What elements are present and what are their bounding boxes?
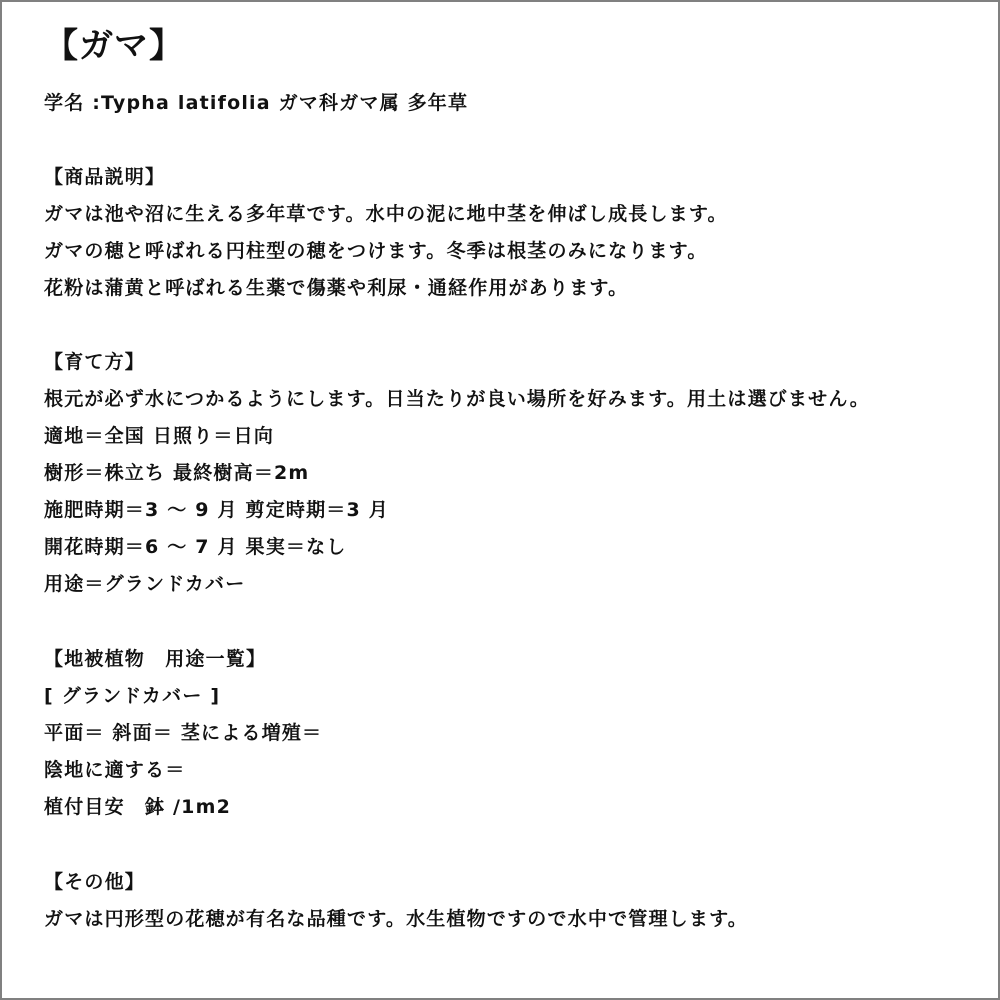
document-frame: 【ガマ】 学名 :Typha latifolia ガマ科ガマ属 多年草 【商品説… [0,0,1000,1000]
groundcover-line: [ グランドカバー ] [44,683,220,709]
page-title: 【ガマ】 [44,22,184,70]
groundcover-line: 植付目安 鉢 /1m2 [44,794,231,820]
description-line: ガマは池や沼に生える多年草です。水中の泥に地中茎を伸ばし成長します。 [44,201,728,227]
section-heading-other: 【その他】 [44,869,145,895]
scientific-name: 学名 :Typha latifolia ガマ科ガマ属 多年草 [44,90,468,116]
description-line: ガマの穂と呼ばれる円柱型の穂をつけます。冬季は根茎のみになります。 [44,238,708,264]
section-heading-care: 【育て方】 [44,349,145,375]
description-line: 花粉は蒲黄と呼ばれる生薬で傷薬や利尿・通経作用があります。 [44,275,628,301]
care-line: 根元が必ず水につかるようにします。日当たりが良い場所を好みます。用土は選びません… [44,386,870,412]
section-heading-groundcover: 【地被植物 用途一覧】 [44,646,266,672]
care-line: 樹形＝株立ち 最終樹高＝2m [44,460,309,486]
care-line: 適地＝全国 日照り＝日向 [44,423,274,449]
section-heading-description: 【商品説明】 [44,164,165,190]
groundcover-line: 陰地に適する＝ [44,757,185,783]
care-line: 施肥時期＝3 ～ 9 月 剪定時期＝3 月 [44,497,389,523]
care-line: 用途＝グランドカバー [44,571,245,597]
groundcover-line: 平面＝ 斜面＝ 茎による増殖＝ [44,720,322,746]
other-line: ガマは円形型の花穂が有名な品種です。水生植物ですので水中で管理します。 [44,906,748,932]
care-line: 開花時期＝6 ～ 7 月 果実＝なし [44,534,347,560]
